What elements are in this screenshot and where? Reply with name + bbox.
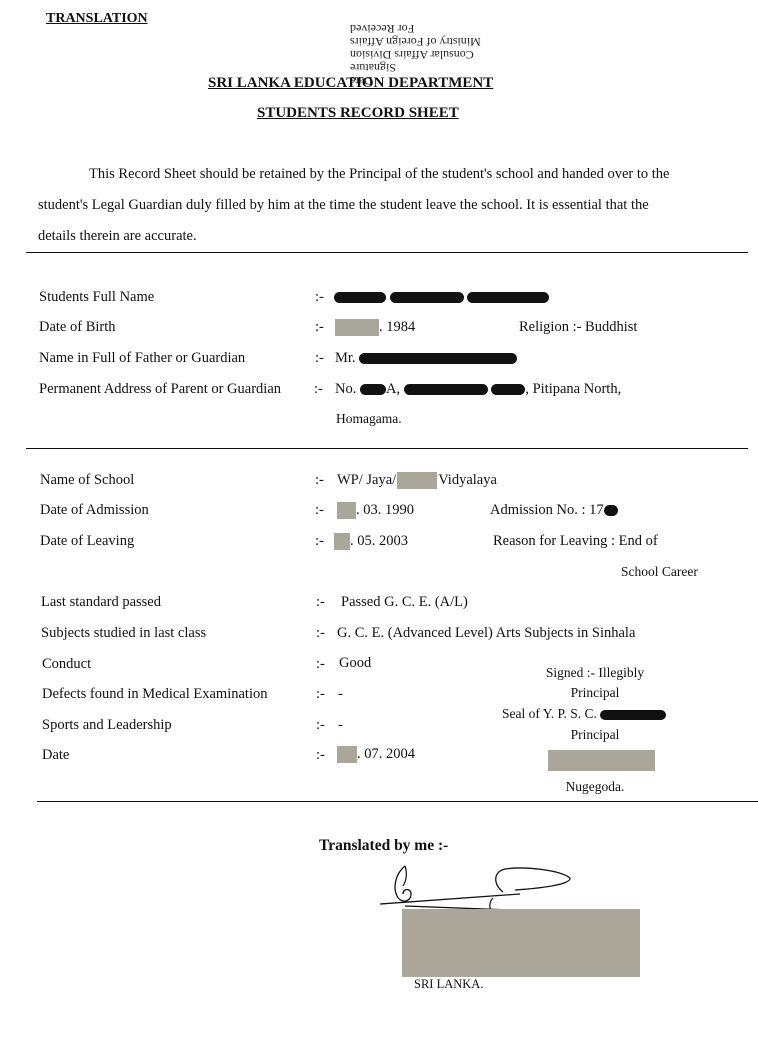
redaction bbox=[390, 292, 464, 303]
seal-of-school: Seal of Y. P. S. C. bbox=[502, 706, 666, 722]
stamp-line: For Received bbox=[350, 22, 540, 35]
redaction bbox=[404, 384, 488, 395]
reason-line-2: School Career bbox=[621, 564, 698, 580]
separator: :- bbox=[315, 350, 324, 367]
stamp-line: Ministry of Foreign Affairs bbox=[350, 35, 540, 48]
admission-number: Admission No. : 17 bbox=[490, 502, 618, 519]
address-mid: A, bbox=[386, 381, 400, 397]
admission-no-label: Admission No. : 17 bbox=[490, 502, 604, 518]
separator: :- bbox=[316, 656, 325, 673]
separator: :- bbox=[315, 289, 324, 306]
school-value: WP/ Jaya/Vidyalaya bbox=[337, 472, 497, 489]
date-text: . 07. 2004 bbox=[357, 746, 415, 762]
sports-value: - bbox=[338, 717, 343, 734]
address-value: No. A, , Pitipana North, bbox=[335, 381, 621, 398]
date-value: . 07. 2004 bbox=[337, 746, 415, 763]
redaction bbox=[467, 292, 549, 303]
intro-line-1: This Record Sheet should be retained by … bbox=[89, 166, 669, 183]
redaction bbox=[335, 319, 379, 336]
date-label: Date bbox=[42, 747, 69, 764]
translated-by-label: Translated by me :- bbox=[319, 837, 448, 855]
intro-line-3: details therein are accurate. bbox=[38, 228, 197, 245]
full-name-value bbox=[334, 289, 549, 306]
seal-label: Seal of Y. P. S. C. bbox=[502, 706, 597, 721]
country-label: SRI LANKA. bbox=[414, 977, 483, 992]
separator: :- bbox=[316, 625, 325, 642]
principal-label-1: Principal bbox=[520, 685, 670, 701]
dob-label: Date of Birth bbox=[39, 319, 116, 336]
address-label: Permanent Address of Parent or Guardian bbox=[39, 381, 281, 398]
separator: :- bbox=[316, 594, 325, 611]
conduct-label: Conduct bbox=[42, 656, 91, 673]
divider bbox=[26, 448, 748, 449]
redaction bbox=[604, 505, 618, 516]
translation-label: TRANSLATION bbox=[46, 11, 148, 27]
father-prefix: Mr. bbox=[335, 350, 356, 366]
admission-value: . 03. 1990 bbox=[337, 502, 414, 519]
separator: :- bbox=[316, 717, 325, 734]
sports-label: Sports and Leadership bbox=[42, 717, 172, 734]
subjects-value: G. C. E. (Advanced Level) Arts Subjects … bbox=[337, 625, 635, 642]
separator: :- bbox=[315, 502, 324, 519]
translator-signature-icon bbox=[375, 862, 585, 912]
redaction bbox=[360, 384, 386, 395]
leaving-date: . 05. 2003 bbox=[350, 533, 408, 549]
redaction bbox=[548, 750, 655, 771]
town-label: Nugegoda. bbox=[520, 779, 670, 795]
leaving-value: . 05. 2003 bbox=[334, 533, 408, 550]
document-subtitle: STUDENTS RECORD SHEET bbox=[257, 105, 459, 122]
separator: :- bbox=[315, 533, 324, 550]
separator: :- bbox=[316, 747, 325, 764]
address-suffix: , Pitipana North, bbox=[525, 381, 621, 397]
principal-label-2: Principal bbox=[520, 727, 670, 743]
religion: Religion :- Buddhist bbox=[519, 319, 637, 336]
father-value: Mr. bbox=[335, 350, 517, 367]
address-prefix: No. bbox=[335, 381, 356, 397]
school-suffix: Vidyalaya bbox=[438, 472, 497, 488]
redaction bbox=[334, 292, 386, 303]
subjects-label: Subjects studied in last class bbox=[41, 625, 206, 642]
redaction bbox=[334, 533, 350, 550]
admission-label: Date of Admission bbox=[40, 502, 149, 519]
school-prefix: WP/ Jaya/ bbox=[337, 472, 396, 488]
last-standard-label: Last standard passed bbox=[41, 594, 161, 611]
separator: :- bbox=[314, 381, 323, 398]
stamp-line: Consular Affairs Division bbox=[350, 48, 540, 61]
stamp-line: Signature bbox=[350, 61, 540, 74]
full-name-label: Students Full Name bbox=[39, 289, 154, 306]
leaving-label: Date of Leaving bbox=[40, 533, 134, 550]
separator: :- bbox=[315, 472, 324, 489]
redaction bbox=[337, 746, 357, 763]
dob-year: . 1984 bbox=[379, 319, 415, 335]
address-line-2: Homagama. bbox=[336, 411, 402, 427]
last-standard-value: Passed G. C. E. (A/L) bbox=[341, 594, 468, 611]
intro-line-2: student's Legal Guardian duly filled by … bbox=[38, 197, 649, 214]
separator: :- bbox=[315, 319, 324, 336]
divider bbox=[37, 801, 758, 802]
separator: :- bbox=[316, 686, 325, 703]
redaction bbox=[359, 353, 517, 364]
defects-label: Defects found in Medical Examination bbox=[42, 686, 268, 703]
redaction bbox=[491, 384, 525, 395]
redaction bbox=[337, 502, 356, 519]
redaction bbox=[397, 472, 437, 489]
signed-illegibly: Signed :- Illegibly bbox=[520, 665, 670, 681]
defects-value: - bbox=[338, 686, 343, 703]
reason-for-leaving: Reason for Leaving : End of bbox=[493, 533, 658, 550]
father-label: Name in Full of Father or Guardian bbox=[39, 350, 245, 367]
admission-date: . 03. 1990 bbox=[356, 502, 414, 518]
redaction bbox=[402, 909, 640, 977]
school-label: Name of School bbox=[40, 472, 134, 489]
redaction bbox=[600, 710, 666, 720]
document-title: SRI LANKA EDUCATION DEPARTMENT bbox=[208, 75, 493, 92]
conduct-value: Good bbox=[339, 655, 371, 672]
dob-value: . 1984 bbox=[335, 319, 415, 336]
divider bbox=[26, 252, 748, 253]
